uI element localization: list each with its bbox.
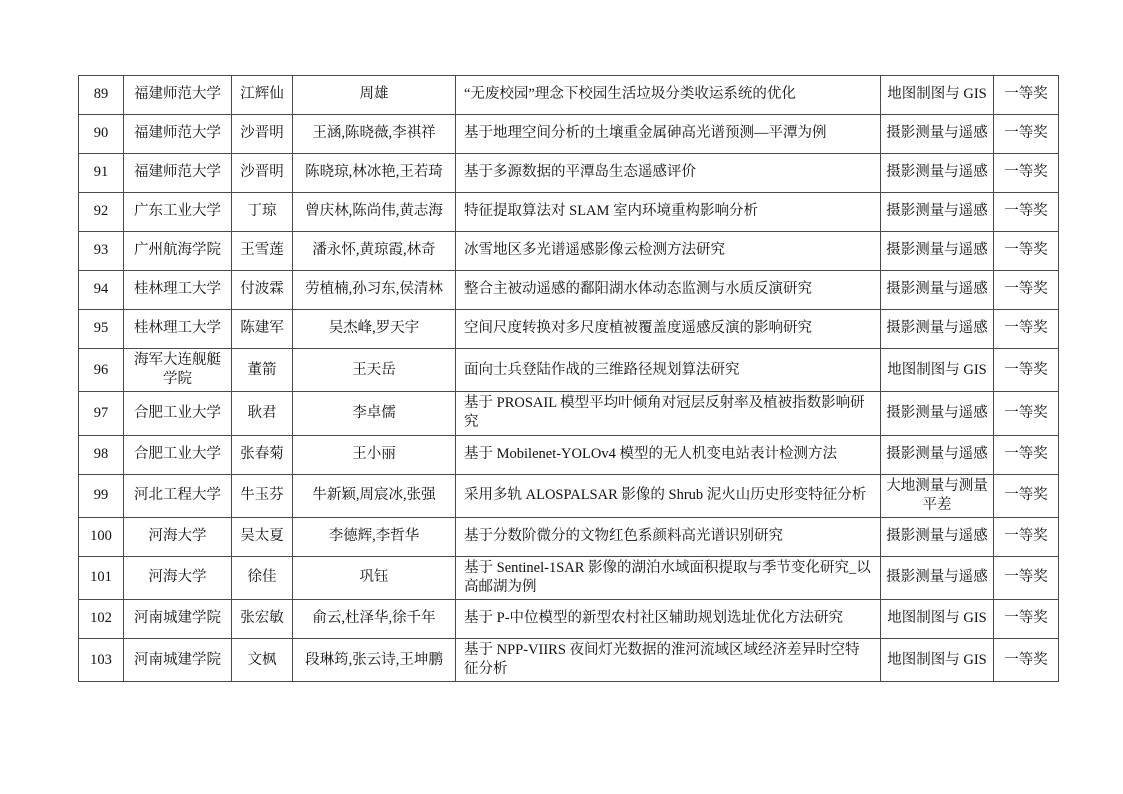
cell-advisor: 付波霖 <box>232 271 293 310</box>
cell-project-title: “无废校园”理念下校园生活垃圾分类收运系统的优化 <box>456 76 881 115</box>
cell-project-title: 特征提取算法对 SLAM 室内环境重构影响分析 <box>456 193 881 232</box>
table-row: 91 福建师范大学 沙晋明 陈晓琼,林冰艳,王若琦 基于多源数据的平潭岛生态遥感… <box>79 154 1059 193</box>
cell-project-title: 基于分数阶微分的文物红色系颜料高光谱识别研究 <box>456 517 881 556</box>
cell-project-title: 面向士兵登陆作战的三维路径规划算法研究 <box>456 349 881 392</box>
cell-project-title: 整合主被动遥感的鄱阳湖水体动态监测与水质反演研究 <box>456 271 881 310</box>
cell-advisor: 沙晋明 <box>232 154 293 193</box>
cell-award-level: 一等奖 <box>994 154 1059 193</box>
cell-students: 王涵,陈晓薇,李祺祥 <box>293 115 456 154</box>
cell-project-title: 基于 Mobilenet-YOLOv4 模型的无人机变电站表计检测方法 <box>456 435 881 474</box>
cell-university: 广东工业大学 <box>124 193 232 232</box>
cell-advisor: 张春菊 <box>232 435 293 474</box>
cell-row-number: 103 <box>79 639 124 682</box>
cell-row-number: 99 <box>79 474 124 517</box>
cell-row-number: 91 <box>79 154 124 193</box>
cell-award-level: 一等奖 <box>994 193 1059 232</box>
cell-row-number: 101 <box>79 556 124 599</box>
cell-project-title: 冰雪地区多光谱遥感影像云检测方法研究 <box>456 232 881 271</box>
cell-university: 广州航海学院 <box>124 232 232 271</box>
cell-advisor: 丁琼 <box>232 193 293 232</box>
cell-university: 福建师范大学 <box>124 115 232 154</box>
table-row: 101 河海大学 徐佳 巩钰 基于 Sentinel-1SAR 影像的湖泊水域面… <box>79 556 1059 599</box>
cell-university: 合肥工业大学 <box>124 435 232 474</box>
cell-advisor: 江辉仙 <box>232 76 293 115</box>
cell-row-number: 93 <box>79 232 124 271</box>
table-row: 94 桂林理工大学 付波霖 劳植楠,孙习东,侯清林 整合主被动遥感的鄱阳湖水体动… <box>79 271 1059 310</box>
cell-project-title: 采用多轨 ALOSPALSAR 影像的 Shrub 泥火山历史形变特征分析 <box>456 474 881 517</box>
cell-students: 李卓儒 <box>293 392 456 435</box>
cell-project-title: 基于地理空间分析的土壤重金属砷高光谱预测—平潭为例 <box>456 115 881 154</box>
cell-row-number: 89 <box>79 76 124 115</box>
cell-project-title: 基于 P-中位模型的新型农村社区辅助规划选址优化方法研究 <box>456 600 881 639</box>
cell-award-level: 一等奖 <box>994 271 1059 310</box>
cell-category: 摄影测量与遥感 <box>881 435 994 474</box>
cell-award-level: 一等奖 <box>994 474 1059 517</box>
cell-project-title: 空间尺度转换对多尺度植被覆盖度遥感反演的影响研究 <box>456 310 881 349</box>
cell-row-number: 94 <box>79 271 124 310</box>
cell-row-number: 92 <box>79 193 124 232</box>
table-row: 98 合肥工业大学 张春菊 王小丽 基于 Mobilenet-YOLOv4 模型… <box>79 435 1059 474</box>
cell-category: 摄影测量与遥感 <box>881 115 994 154</box>
cell-award-level: 一等奖 <box>994 232 1059 271</box>
cell-students: 潘永怀,黄琼霞,林奇 <box>293 232 456 271</box>
cell-project-title: 基于 Sentinel-1SAR 影像的湖泊水域面积提取与季节变化研究_以高邮湖… <box>456 556 881 599</box>
cell-students: 牛新颖,周宸冰,张强 <box>293 474 456 517</box>
cell-award-level: 一等奖 <box>994 392 1059 435</box>
cell-students: 王小丽 <box>293 435 456 474</box>
cell-award-level: 一等奖 <box>994 600 1059 639</box>
cell-advisor: 耿君 <box>232 392 293 435</box>
cell-university: 桂林理工大学 <box>124 271 232 310</box>
cell-advisor: 张宏敏 <box>232 600 293 639</box>
cell-advisor: 陈建军 <box>232 310 293 349</box>
cell-university: 河北工程大学 <box>124 474 232 517</box>
table-row: 95 桂林理工大学 陈建军 吴杰峰,罗天宇 空间尺度转换对多尺度植被覆盖度遥感反… <box>79 310 1059 349</box>
cell-university: 合肥工业大学 <box>124 392 232 435</box>
cell-project-title: 基于多源数据的平潭岛生态遥感评价 <box>456 154 881 193</box>
cell-category: 摄影测量与遥感 <box>881 556 994 599</box>
cell-row-number: 100 <box>79 517 124 556</box>
cell-advisor: 沙晋明 <box>232 115 293 154</box>
table-row: 92 广东工业大学 丁琼 曾庆林,陈尚伟,黄志海 特征提取算法对 SLAM 室内… <box>79 193 1059 232</box>
cell-students: 曾庆林,陈尚伟,黄志海 <box>293 193 456 232</box>
cell-advisor: 董箭 <box>232 349 293 392</box>
table-row: 96 海军大连舰艇学院 董箭 王天岳 面向士兵登陆作战的三维路径规划算法研究 地… <box>79 349 1059 392</box>
cell-award-level: 一等奖 <box>994 435 1059 474</box>
cell-university: 河海大学 <box>124 556 232 599</box>
cell-category: 地图制图与 GIS <box>881 349 994 392</box>
cell-award-level: 一等奖 <box>994 76 1059 115</box>
cell-category: 摄影测量与遥感 <box>881 517 994 556</box>
document-page: 89 福建师范大学 江辉仙 周雄 “无废校园”理念下校园生活垃圾分类收运系统的优… <box>0 0 1123 794</box>
cell-award-level: 一等奖 <box>994 310 1059 349</box>
awards-table: 89 福建师范大学 江辉仙 周雄 “无废校园”理念下校园生活垃圾分类收运系统的优… <box>78 75 1059 682</box>
table-row: 102 河南城建学院 张宏敏 俞云,杜泽华,徐千年 基于 P-中位模型的新型农村… <box>79 600 1059 639</box>
cell-project-title: 基于 PROSAIL 模型平均叶倾角对冠层反射率及植被指数影响研究 <box>456 392 881 435</box>
cell-students: 巩钰 <box>293 556 456 599</box>
cell-students: 周雄 <box>293 76 456 115</box>
cell-category: 地图制图与 GIS <box>881 639 994 682</box>
cell-advisor: 徐佳 <box>232 556 293 599</box>
cell-award-level: 一等奖 <box>994 349 1059 392</box>
cell-category: 摄影测量与遥感 <box>881 392 994 435</box>
table-row: 97 合肥工业大学 耿君 李卓儒 基于 PROSAIL 模型平均叶倾角对冠层反射… <box>79 392 1059 435</box>
cell-students: 李德辉,李哲华 <box>293 517 456 556</box>
table-row: 103 河南城建学院 文枫 段琳筠,张云诗,王坤鹏 基于 NPP-VIIRS 夜… <box>79 639 1059 682</box>
cell-advisor: 王雪莲 <box>232 232 293 271</box>
cell-row-number: 90 <box>79 115 124 154</box>
cell-students: 劳植楠,孙习东,侯清林 <box>293 271 456 310</box>
cell-category: 大地测量与测量平差 <box>881 474 994 517</box>
cell-advisor: 文枫 <box>232 639 293 682</box>
cell-row-number: 98 <box>79 435 124 474</box>
cell-award-level: 一等奖 <box>994 639 1059 682</box>
cell-row-number: 102 <box>79 600 124 639</box>
cell-row-number: 96 <box>79 349 124 392</box>
cell-category: 摄影测量与遥感 <box>881 193 994 232</box>
cell-university: 福建师范大学 <box>124 154 232 193</box>
cell-university: 河南城建学院 <box>124 600 232 639</box>
cell-students: 王天岳 <box>293 349 456 392</box>
cell-row-number: 97 <box>79 392 124 435</box>
table-row: 93 广州航海学院 王雪莲 潘永怀,黄琼霞,林奇 冰雪地区多光谱遥感影像云检测方… <box>79 232 1059 271</box>
cell-students: 陈晓琼,林冰艳,王若琦 <box>293 154 456 193</box>
cell-category: 摄影测量与遥感 <box>881 310 994 349</box>
cell-category: 地图制图与 GIS <box>881 600 994 639</box>
table-row: 89 福建师范大学 江辉仙 周雄 “无废校园”理念下校园生活垃圾分类收运系统的优… <box>79 76 1059 115</box>
cell-advisor: 吴太夏 <box>232 517 293 556</box>
cell-university: 福建师范大学 <box>124 76 232 115</box>
cell-students: 俞云,杜泽华,徐千年 <box>293 600 456 639</box>
cell-category: 摄影测量与遥感 <box>881 271 994 310</box>
cell-row-number: 95 <box>79 310 124 349</box>
cell-project-title: 基于 NPP-VIIRS 夜间灯光数据的淮河流域区域经济差异时空特征分析 <box>456 639 881 682</box>
cell-students: 吴杰峰,罗天宇 <box>293 310 456 349</box>
cell-award-level: 一等奖 <box>994 517 1059 556</box>
cell-university: 河南城建学院 <box>124 639 232 682</box>
cell-university: 桂林理工大学 <box>124 310 232 349</box>
table-row: 90 福建师范大学 沙晋明 王涵,陈晓薇,李祺祥 基于地理空间分析的土壤重金属砷… <box>79 115 1059 154</box>
cell-university: 河海大学 <box>124 517 232 556</box>
cell-students: 段琳筠,张云诗,王坤鹏 <box>293 639 456 682</box>
cell-award-level: 一等奖 <box>994 556 1059 599</box>
cell-category: 摄影测量与遥感 <box>881 154 994 193</box>
cell-university: 海军大连舰艇学院 <box>124 349 232 392</box>
cell-category: 地图制图与 GIS <box>881 76 994 115</box>
cell-category: 摄影测量与遥感 <box>881 232 994 271</box>
table-row: 100 河海大学 吴太夏 李德辉,李哲华 基于分数阶微分的文物红色系颜料高光谱识… <box>79 517 1059 556</box>
table-row: 99 河北工程大学 牛玉芬 牛新颖,周宸冰,张强 采用多轨 ALOSPALSAR… <box>79 474 1059 517</box>
cell-award-level: 一等奖 <box>994 115 1059 154</box>
cell-advisor: 牛玉芬 <box>232 474 293 517</box>
